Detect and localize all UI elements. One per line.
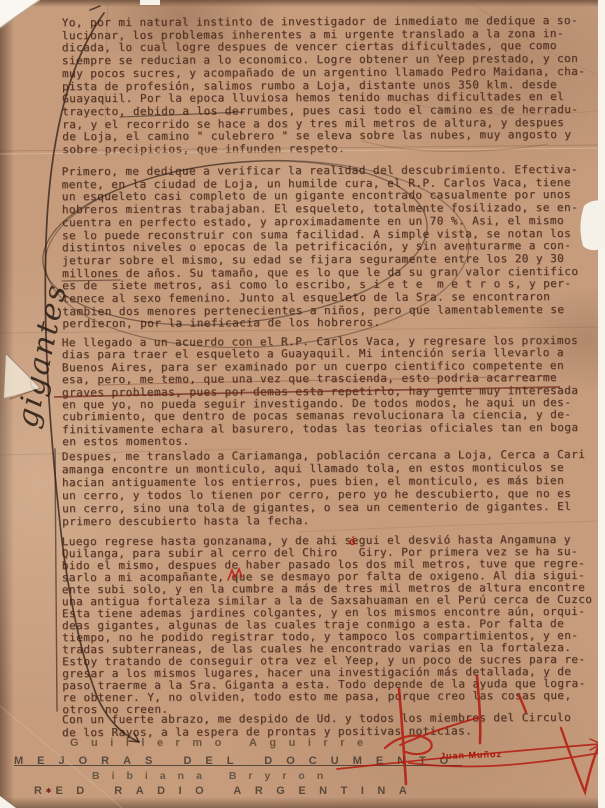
- scanned-letter-page: Yo, por mi natural instinto de investiga…: [0, 0, 605, 808]
- pen-top-tick: [90, 6, 100, 10]
- pen-margin-rule: [55, 449, 57, 711]
- overlay-credit-line-1: MEJORAS DEL DOCUMENTO: [14, 755, 462, 767]
- star-mark: ✱: [46, 786, 51, 796]
- red-ink-correction: ó: [349, 535, 356, 548]
- letter-paragraph-2: Primero, me dedique a verificar la reali…: [62, 164, 605, 332]
- red-arrowhead: [590, 739, 601, 750]
- red-ink-name-note: Juan Muñoz: [440, 749, 502, 761]
- torn-corner-fold-line: [0, 0, 40, 28]
- letter-paragraph-1: Yo, por mi natural instinto de investiga…: [62, 15, 605, 157]
- white-sliver-top: [140, 0, 160, 5]
- letter-paragraph-3: He llegado a un acuerdo con el R.P. Carl…: [62, 335, 605, 449]
- letter-closing-paragraph: Con un fuerte abrazo, me despido de Ud. …: [62, 712, 605, 740]
- white-sliver-bottom-left: [0, 796, 16, 808]
- overlay-credit-line-2: Bibiana Bryron: [92, 770, 335, 782]
- overlay-credit-line-3: RED RADIO ARGENTINA: [34, 785, 420, 797]
- torn-corner-top-left: [0, 0, 40, 28]
- signature-name: Guillermo Aguirre: [70, 737, 376, 749]
- letter-paragraph-4: Despues, me translado a Cariamanga, pobl…: [62, 448, 605, 528]
- letter-paragraph-5: Luego regrese hasta gonzanama, y de ahi …: [62, 534, 605, 716]
